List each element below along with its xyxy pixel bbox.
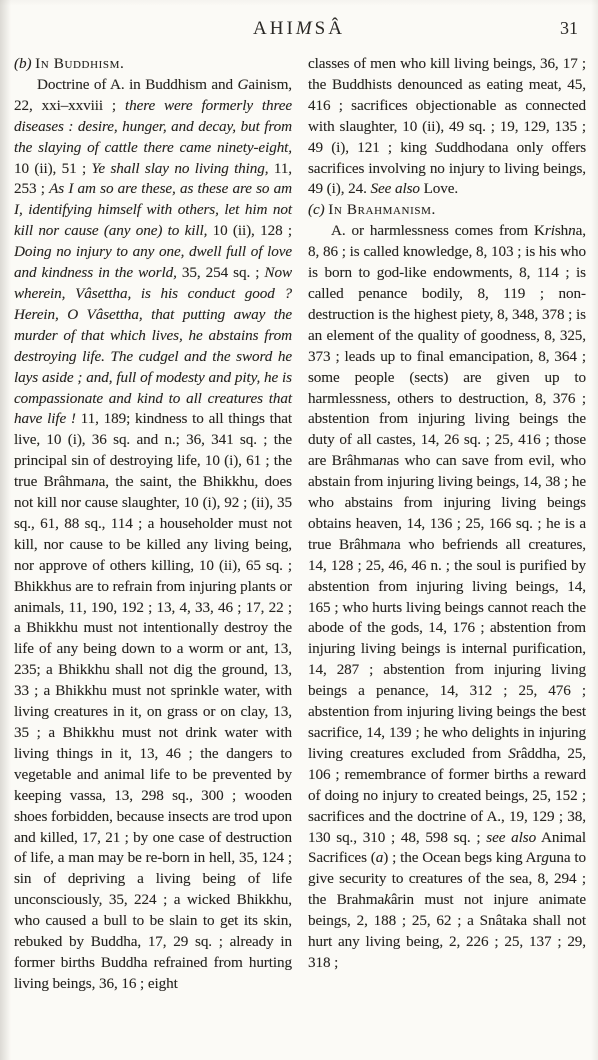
- section-heading: (c) In Brahmanism.: [308, 200, 586, 221]
- book-page: AHIMSÂ 31 (b) In Buddhism.Doctrine of A.…: [0, 0, 598, 1060]
- index-paragraph: classes of men who kill living beings, 3…: [308, 54, 586, 200]
- page-title: AHIMSÂ: [253, 18, 345, 40]
- page-number: 31: [560, 18, 578, 39]
- index-paragraph: A. or harmlessness comes from Krishna, 8…: [308, 221, 586, 974]
- index-paragraph: Doctrine of A. in Buddhism and Gainism, …: [14, 75, 292, 995]
- text-columns: (b) In Buddhism.Doctrine of A. in Buddhi…: [14, 54, 586, 1056]
- running-header: AHIMSÂ 31: [0, 16, 598, 42]
- left-column: (b) In Buddhism.Doctrine of A. in Buddhi…: [14, 54, 292, 1056]
- right-column: classes of men who kill living beings, 3…: [308, 54, 586, 1056]
- section-heading: (b) In Buddhism.: [14, 54, 292, 75]
